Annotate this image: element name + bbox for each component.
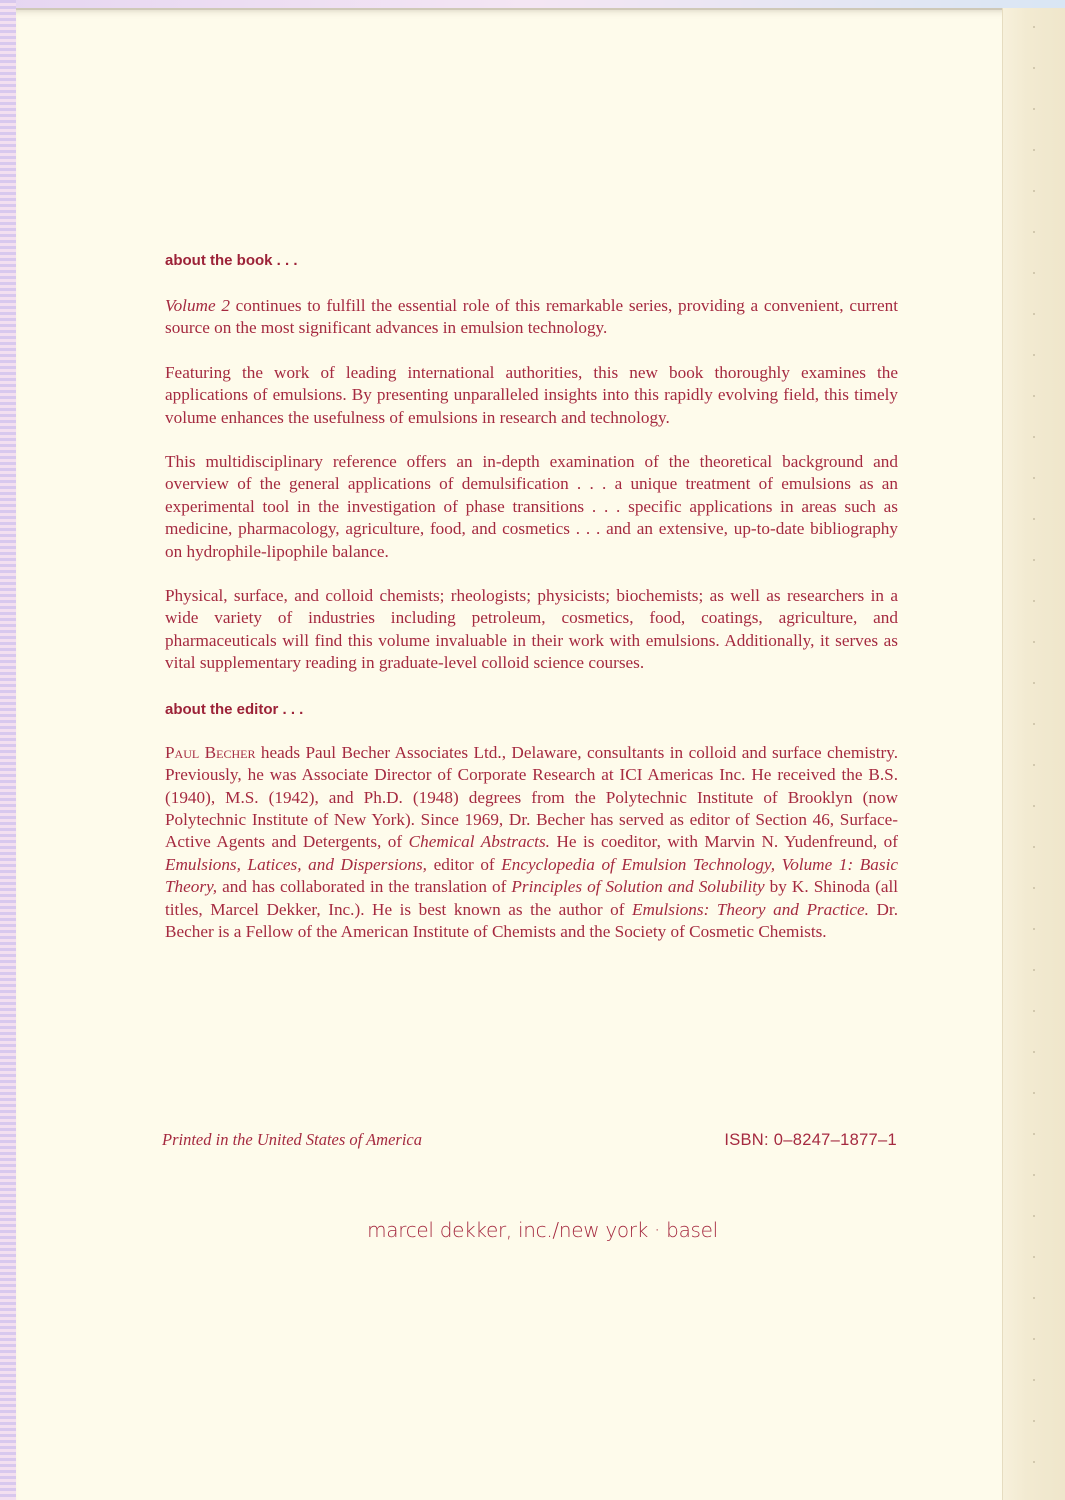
about-book-paragraph-2: Featuring the work of leading internatio… (165, 362, 898, 429)
cover-text-block: about the book . . . Volume 2 continues … (165, 252, 898, 943)
publisher-imprint: marcel dekker, inc./new york · basel (0, 1218, 1065, 1242)
about-book-paragraph-4: Physical, surface, and colloid chemists;… (165, 585, 898, 675)
about-book-paragraph-1: Volume 2 continues to fulfill the essent… (165, 295, 898, 340)
imprint-row: Printed in the United States of America … (162, 1130, 897, 1150)
scan-border-left (0, 0, 16, 1500)
cover-spine-edge (1002, 8, 1065, 1500)
scan-border-top (0, 0, 1065, 8)
about-book-paragraph-3: This multidisciplinary reference offers … (165, 451, 898, 563)
editor-name: Paul Becher (165, 743, 255, 762)
about-book-heading: about the book . . . (165, 252, 898, 269)
about-editor-heading: about the editor . . . (165, 701, 898, 718)
isbn-number: ISBN: 0–8247–1877–1 (724, 1131, 897, 1150)
editor-bio: Paul Becher heads Paul Becher Associates… (165, 742, 898, 944)
printed-in-notice: Printed in the United States of America (162, 1130, 422, 1150)
volume-title: Volume 2 (165, 296, 230, 315)
